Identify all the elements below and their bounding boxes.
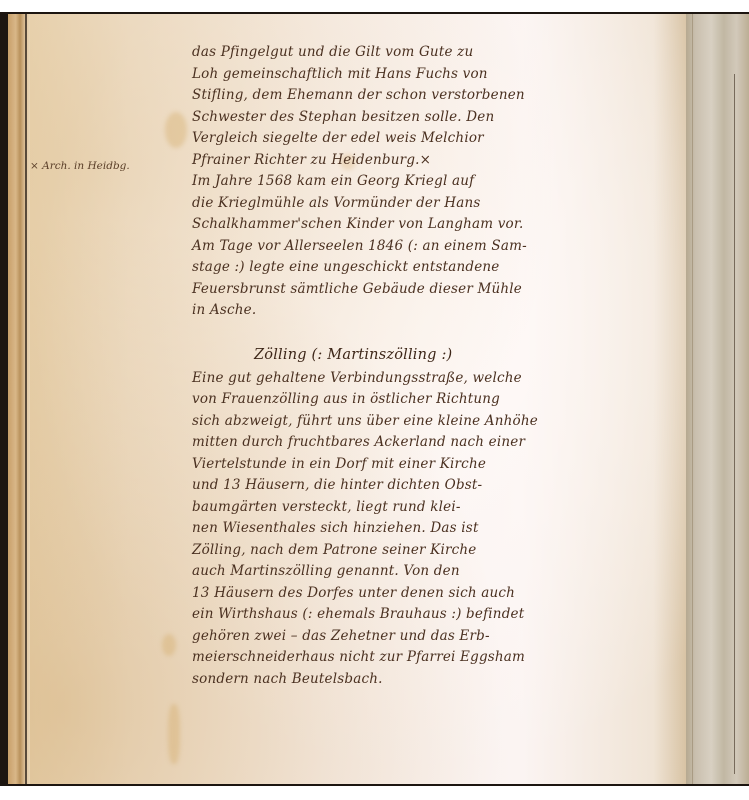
manuscript-text: das Pfingelgut und die Gilt vom Gute zu … — [192, 42, 672, 690]
spine-line — [25, 14, 27, 784]
right-page-stack — [686, 14, 749, 784]
text-line: Schalkhammer'schen Kinder von Langham vo… — [192, 214, 672, 236]
text-line: Am Tage vor Allerseelen 1846 (: an einem… — [192, 236, 672, 258]
text-line: stage :) legte eine ungeschickt entstand… — [192, 257, 672, 279]
text-line: Stifling, dem Ehemann der schon verstorb… — [192, 85, 672, 107]
margin-note: × Arch. in Heidbg. — [30, 160, 130, 172]
text-line: in Asche. — [192, 300, 672, 322]
text-line: Viertelstunde in ein Dorf mit einer Kirc… — [192, 454, 672, 476]
text-line: mitten durch fruchtbares Ackerland nach … — [192, 432, 672, 454]
text-line: die Krieglmühle als Vormünder der Hans — [192, 193, 672, 215]
text-line: meierschneiderhaus nicht zur Pfarrei Egg… — [192, 647, 672, 669]
text-line: nen Wiesenthales sich hinziehen. Das ist — [192, 518, 672, 540]
paragraph-1: das Pfingelgut und die Gilt vom Gute zu … — [192, 42, 672, 171]
text-line: sich abzweigt, führt uns über eine klein… — [192, 411, 672, 433]
text-line: baumgärten versteckt, liegt rund klei- — [192, 497, 672, 519]
text-line: Vergleich siegelte der edel weis Melchio… — [192, 128, 672, 150]
text-line: und 13 Häusern, die hinter dichten Obst- — [192, 475, 672, 497]
text-line: das Pfingelgut und die Gilt vom Gute zu — [192, 42, 672, 64]
stain — [168, 704, 180, 764]
text-line: Im Jahre 1568 kam ein Georg Kriegl auf — [192, 171, 672, 193]
paragraph-2: Im Jahre 1568 kam ein Georg Kriegl auf d… — [192, 171, 672, 322]
text-line: auch Martinszölling genannt. Von den — [192, 561, 672, 583]
stain — [162, 634, 176, 656]
text-line: Loh gemeinschaftlich mit Hans Fuchs von — [192, 64, 672, 86]
text-line: Schwester des Stephan besitzen solle. De… — [192, 107, 672, 129]
text-line: sondern nach Beutelsbach. — [192, 669, 672, 691]
text-line: Feuersbrunst sämtliche Gebäude dieser Mü… — [192, 279, 672, 301]
section-heading: Zölling (: Martinszölling :) — [192, 338, 672, 368]
stain — [165, 112, 187, 148]
text-line: gehören zwei – das Zehetner und das Erb- — [192, 626, 672, 648]
text-line: Pfrainer Richter zu Heidenburg.× — [192, 150, 672, 172]
paragraph-3: Eine gut gehaltene Verbindungsstraße, we… — [192, 368, 672, 691]
text-line: Eine gut gehaltene Verbindungsstraße, we… — [192, 368, 672, 390]
text-line: ein Wirthshaus (: ehemals Brauhaus :) be… — [192, 604, 672, 626]
text-line: Zölling, nach dem Patrone seiner Kirche — [192, 540, 672, 562]
text-line: 13 Häusern des Dorfes unter denen sich a… — [192, 583, 672, 605]
text-line: von Frauenzölling aus in östlicher Richt… — [192, 389, 672, 411]
